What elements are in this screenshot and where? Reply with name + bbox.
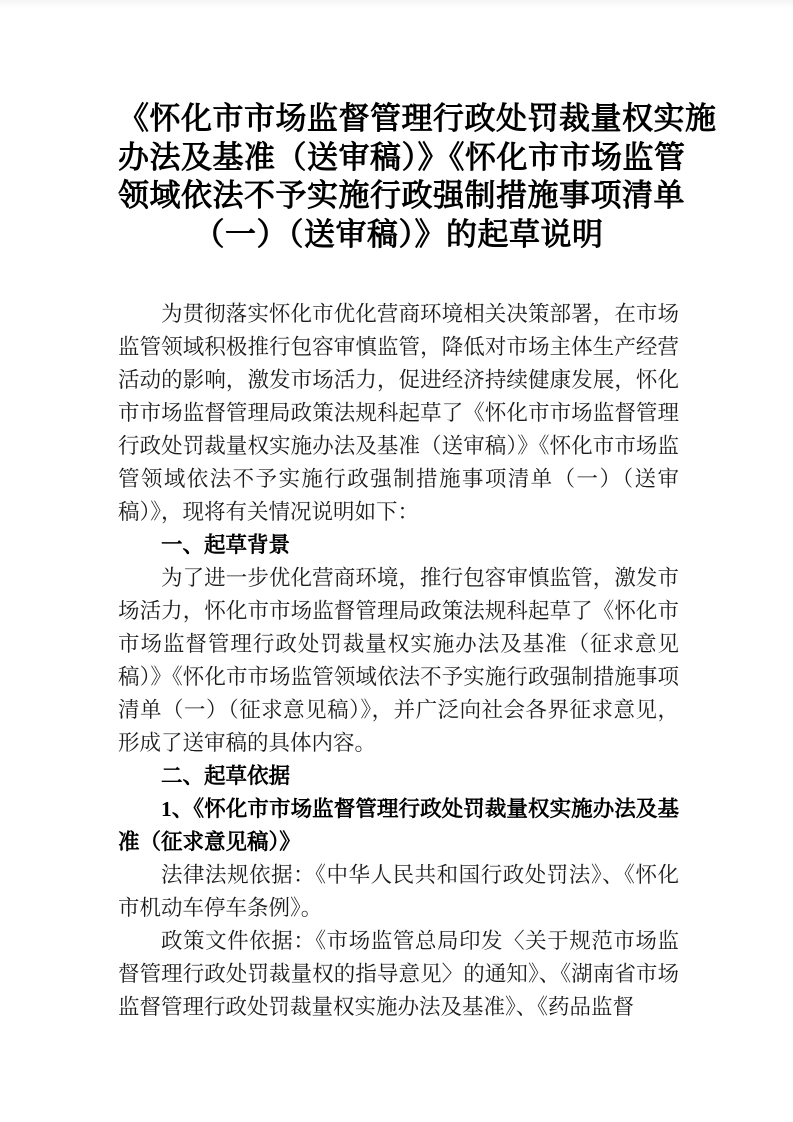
section-heading-drafting-basis: 二、起草依据	[118, 760, 679, 793]
paragraph-intro: 为贯彻落实怀化市优化营商环境相关决策部署，在市场监管领域积极推行包容审慎监管，降…	[118, 298, 679, 529]
document-page: 《怀化市市场监督管理行政处罚裁量权实施 办法及基准（送审稿）》《怀化市市场监管 …	[0, 0, 793, 1122]
document-body: 为贯彻落实怀化市优化营商环境相关决策部署，在市场监管领域积极推行包容审慎监管，降…	[118, 298, 679, 1024]
document-title-line-2: 办法及基准（送审稿）》《怀化市市场监管	[118, 139, 679, 178]
paragraph-background: 为了进一步优化营商环境，推行包容审慎监管，激发市场活力，怀化市市场监督管理局政策…	[118, 562, 679, 760]
document-title-line-4: （一）（送审稿）》的起草说明	[118, 216, 679, 255]
page-top-shadow	[0, 0, 793, 8]
document-title-line-1: 《怀化市市场监督管理行政处罚裁量权实施	[118, 100, 679, 139]
document-title-line-3: 领域依法不予实施行政强制措施事项清单	[118, 177, 679, 216]
section-heading-drafting-background: 一、起草背景	[118, 529, 679, 562]
list-item-measures-title: 1、《怀化市市场监督管理行政处罚裁量权实施办法及基准（征求意见稿）》	[118, 793, 679, 859]
document-title: 《怀化市市场监督管理行政处罚裁量权实施 办法及基准（送审稿）》《怀化市市场监管 …	[118, 100, 679, 254]
paragraph-policy-basis: 政策文件依据：《市场监管总局印发〈关于规范市场监督管理行政处罚裁量权的指导意见〉…	[118, 925, 679, 1024]
paragraph-legal-basis: 法律法规依据：《中华人民共和国行政处罚法》、《怀化市机动车停车条例》。	[118, 859, 679, 925]
